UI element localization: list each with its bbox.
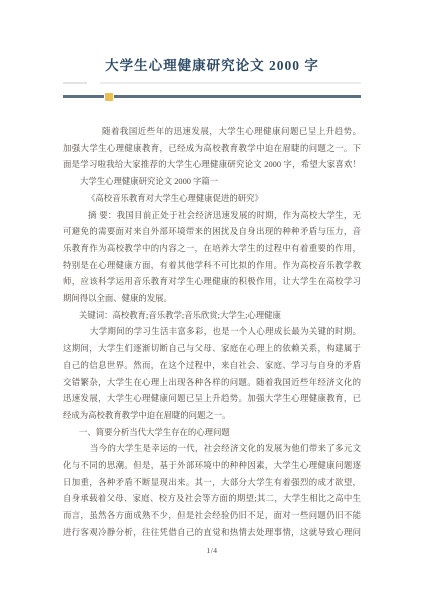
divider-left-segment [63,95,104,98]
body-line: 交错繁杂，大学生在心理上出现各种各样的问题。随着我国近些年经济文化的 [63,375,361,392]
body-line: 摘 要：我国目前正处于社会经济迅速发展的时期，作为高校大学生，无 [63,208,361,225]
title-divider [63,92,361,101]
body-line: 自己的信息世界。然而，在这个过程中，来自社会、家庭、学习与自身的矛盾 [63,358,361,375]
body-line: 特别是在心理健康方面，有着其他学科不可比拟的作用。作为高校音乐教学教 [63,258,361,275]
body-line: 化与不同的思潮。但是，基于外部环境中的种种因素，大学生心理健康问题逐 [63,458,361,475]
body-line: 大学生心理健康研究论文 2000 字篇一 [63,174,361,191]
body-line: 而言，虽然各方面成熟不少，但是社会经验仍旧不足，面对一些问题仍旧不能 [63,508,361,525]
body-line: 《高校音乐教育对大学生心理健康促进的研究》 [63,191,361,208]
divider-right-segment [114,95,361,98]
body-line: 大学期间的学习生活丰富多彩，也是一个人心理成长最为关键的时期。 [63,324,361,341]
body-line: 这期间，大学生们逐渐切断自己与父母、家庭在心理上的依赖关系，构建属于 [63,341,361,358]
body-line: 经成为高校教育教学中迫在眉睫的问题之一。 [63,408,361,425]
page-number: 1/4 [0,546,424,555]
body-line: 日加重，各种矛盾不断显现出来。其一，大部分大学生有着强烈的成才欲望， [63,475,361,492]
body-line: 加强大学生心理健康教育，已经成为高校教育教学中迫在眉睫的问题之一。下 [63,141,361,158]
body-line: 可避免的需要面对来自外部环境带来的困扰及自身出现的种种矛盾与压力，音 [63,224,361,241]
body-line: 乐教育作为高校教学中的内容之一，在培养大学生的过程中有着重要的作用， [63,241,361,258]
body-line: 随着我国近些年的迅速发展，大学生心理健康问题已呈上升趋势。 [63,124,361,141]
faint-text-row [63,82,361,84]
body-line: 关键词：高校教育;音乐教学;音乐欣赏;大学生;心理健康 [63,308,361,325]
page-title: 大学生心理健康研究论文 2000 字 [0,54,424,74]
body-line: 一、简要分析当代大学生存在的心理问题 [63,425,361,442]
body-line: 期间得以全面、健康的发展。 [63,291,361,308]
body-line: 自身承载着父母、家庭、校方及社会等方面的期望;其二，大学生相比之高中生 [63,491,361,508]
body-line: 进行客观冷静分析，往往凭借自己的直觉和热情去处理事情，这就导致心理问 [63,525,361,542]
body-line: 当今的大学生是幸运的一代，社会经济文化的发展为他们带来了多元文 [63,441,361,458]
divider-accent-square-icon [105,93,113,101]
body-line: 迅速发展，大学生心理健康问题已呈上升趋势。加强大学生心理健康教育，已 [63,391,361,408]
body-line: 面是学习啦我给大家推荐的大学生心理健康研究论文 2000 字，希望大家喜欢！ [63,157,361,174]
document-body: 随着我国近些年的迅速发展，大学生心理健康问题已呈上升趋势。加强大学生心理健康教育… [63,124,361,542]
body-line: 师，应该科学运用音乐教育对学生心理健康的积极作用，让大学生在高校学习 [63,274,361,291]
document-page: 大学生心理健康研究论文 2000 字 随着我国近些年的迅速发展，大学生心理健康问… [0,0,424,600]
